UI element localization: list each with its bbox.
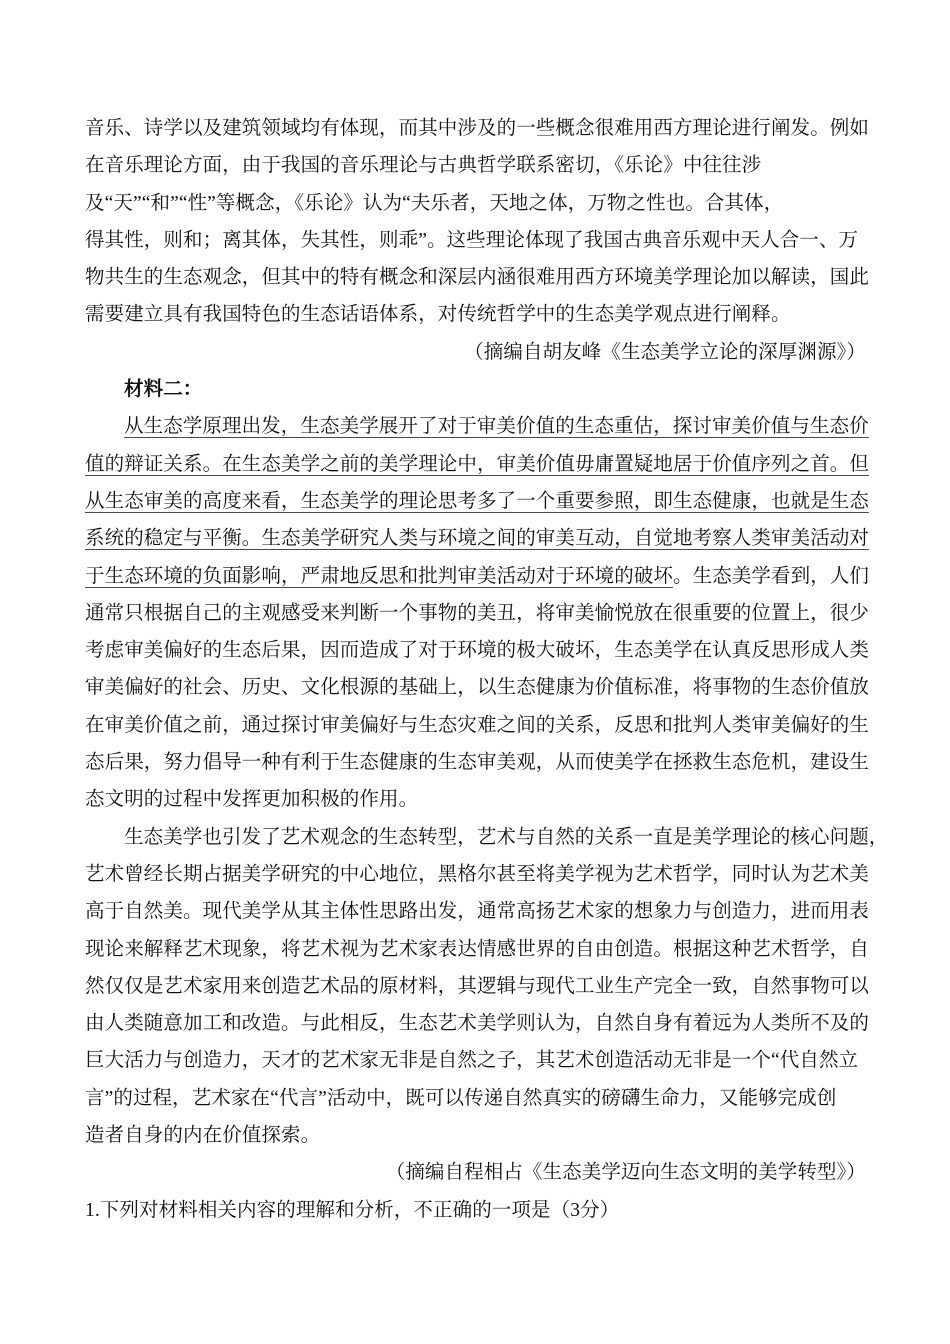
material2-para2-line: 艺术曾经长期占据美学研究的中心地位，黑格尔甚至将美学视为艺术哲学，同时认为艺术美 (85, 856, 866, 893)
material2-para2-line: 高于自然美。现代美学从其主体性思路出发，通常高扬艺术家的想象力与创造力，进而用表 (85, 893, 866, 930)
material2-para1-line: 考虑审美偏好的生态后果，因而造成了对于环境的极大破坏，生态美学在认真反思形成人类 (85, 632, 866, 669)
material2-para1-line: 在审美价值之前，通过探讨审美偏好与生态灾难之间的关系，反思和批判人类审美偏好的生 (85, 707, 866, 744)
plain-text: 。生态美学看到，人们 (673, 566, 869, 587)
underlined-text: 从生态审美的高度来看，生态美学的理论思考多了一个重要参照，即生态健康，也就是生态 (85, 491, 869, 512)
material2-para1-line: 态后果，努力倡导一种有利于生态健康的生态审美观，从而使美学在拯救生态危机，建设生 (85, 744, 866, 781)
material2-heading: 材料二： (85, 371, 866, 408)
document-body: 音乐、诗学以及建筑领域均有体现，而其中涉及的一些概念很难用西方理论进行阐发。例如… (85, 110, 866, 1229)
material1-line: 及“天”“和”“性”等概念，《乐论》认为“夫乐者，天地之体，万物之性也。合其体， (85, 185, 866, 222)
material1-line: 需要建立具有我国特色的生态话语体系，对传统哲学中的生态美学观点进行阐释。 (85, 296, 866, 333)
material2-para2-line: 生态美学也引发了艺术观念的生态转型，艺术与自然的关系一直是美学理论的核心问题， (85, 819, 866, 856)
material2-para1-line: 从生态审美的高度来看，生态美学的理论思考多了一个重要参照，即生态健康，也就是生态 (85, 483, 866, 520)
material2-para1-line: 于生态环境的负面影响，严肃地反思和批判审美活动对于环境的破坏。生态美学看到，人们 (85, 558, 866, 595)
material2-para2-line: 然仅仅是艺术家用来创造艺术品的原材料，其逻辑与现代工业生产完全一致，自然事物可以 (85, 968, 866, 1005)
material1-line: 在音乐理论方面，由于我国的音乐理论与古典哲学联系密切，《乐论》中往往涉 (85, 147, 866, 184)
material2-para2-line: 言”的过程，艺术家在“代言”活动中，既可以传递自然真实的磅礴生命力，又能够完成创 (85, 1080, 866, 1117)
material2-para1-line: 通常只根据自己的主观感受来判断一个事物的美丑，将审美愉悦放在很重要的位置上，很少 (85, 595, 866, 632)
material1-line: 物共生的生态观念，但其中的特有概念和深层内涵很难用西方环境美学理论加以解读，国此 (85, 259, 866, 296)
material2-para2-line: 巨大活力与创造力，天才的艺术家无非是自然之子，其艺术创造活动无非是一个“代自然立 (85, 1042, 866, 1079)
question-1: 1.下列对材料相关内容的理解和分析，不正确的一项是（3分） (85, 1192, 866, 1229)
material2-para2-line: 现论来解释艺术现象，将艺术视为艺术家表达情感世界的自由创造。根据这种艺术哲学，自 (85, 931, 866, 968)
underlined-text: 从生态学原理出发，生态美学展开了对于审美价值的生态重估，探讨审美价值与生态价 (124, 416, 869, 437)
material2-para1-line: 值的辩证关系。在生态美学之前的美学理论中，审美价值毋庸置疑地居于价值序列之首。但 (85, 446, 866, 483)
material2-para1-line: 从生态学原理出发，生态美学展开了对于审美价值的生态重估，探讨审美价值与生态价 (85, 408, 866, 445)
material2-para1-line: 系统的稳定与平衡。生态美学研究人类与环境之间的审美互动，自觉地考察人类审美活动对 (85, 520, 866, 557)
attribution-material2: （摘编自程相占《生态美学迈向生态文明的美学转型》） (85, 1154, 866, 1191)
material1-line: 得其性，则和；离其体，失其性，则乖”。这些理论体现了我国古典音乐观中天人合一、万 (85, 222, 866, 259)
underlined-text: 于生态环境的负面影响，严肃地反思和批判审美活动对于环境的破坏 (85, 566, 673, 587)
material2-para2-line: 造者自身的内在价值探索。 (85, 1117, 866, 1154)
attribution-material1: （摘编自胡友峰《生态美学立论的深厚渊源》） (85, 334, 866, 371)
underlined-text: 值的辩证关系。在生态美学之前的美学理论中，审美价值毋庸置疑地居于价值序列之首。但 (85, 454, 869, 475)
material2-para2-line: 由人类随意加工和改造。与此相反，生态艺术美学则认为，自然自身有着远为人类所不及的 (85, 1005, 866, 1042)
document-page: 音乐、诗学以及建筑领域均有体现，而其中涉及的一些概念很难用西方理论进行阐发。例如… (0, 0, 950, 1344)
material1-line: 音乐、诗学以及建筑领域均有体现，而其中涉及的一些概念很难用西方理论进行阐发。例如 (85, 110, 866, 147)
material2-para1-line: 审美偏好的社会、历史、文化根源的基础上，以生态健康为价值标准，将事物的生态价值放 (85, 669, 866, 706)
underlined-text: 系统的稳定与平衡。生态美学研究人类与环境之间的审美互动，自觉地考察人类审美活动对 (85, 528, 869, 549)
material2-para1-line: 态文明的过程中发挥更加积极的作用。 (85, 781, 866, 818)
